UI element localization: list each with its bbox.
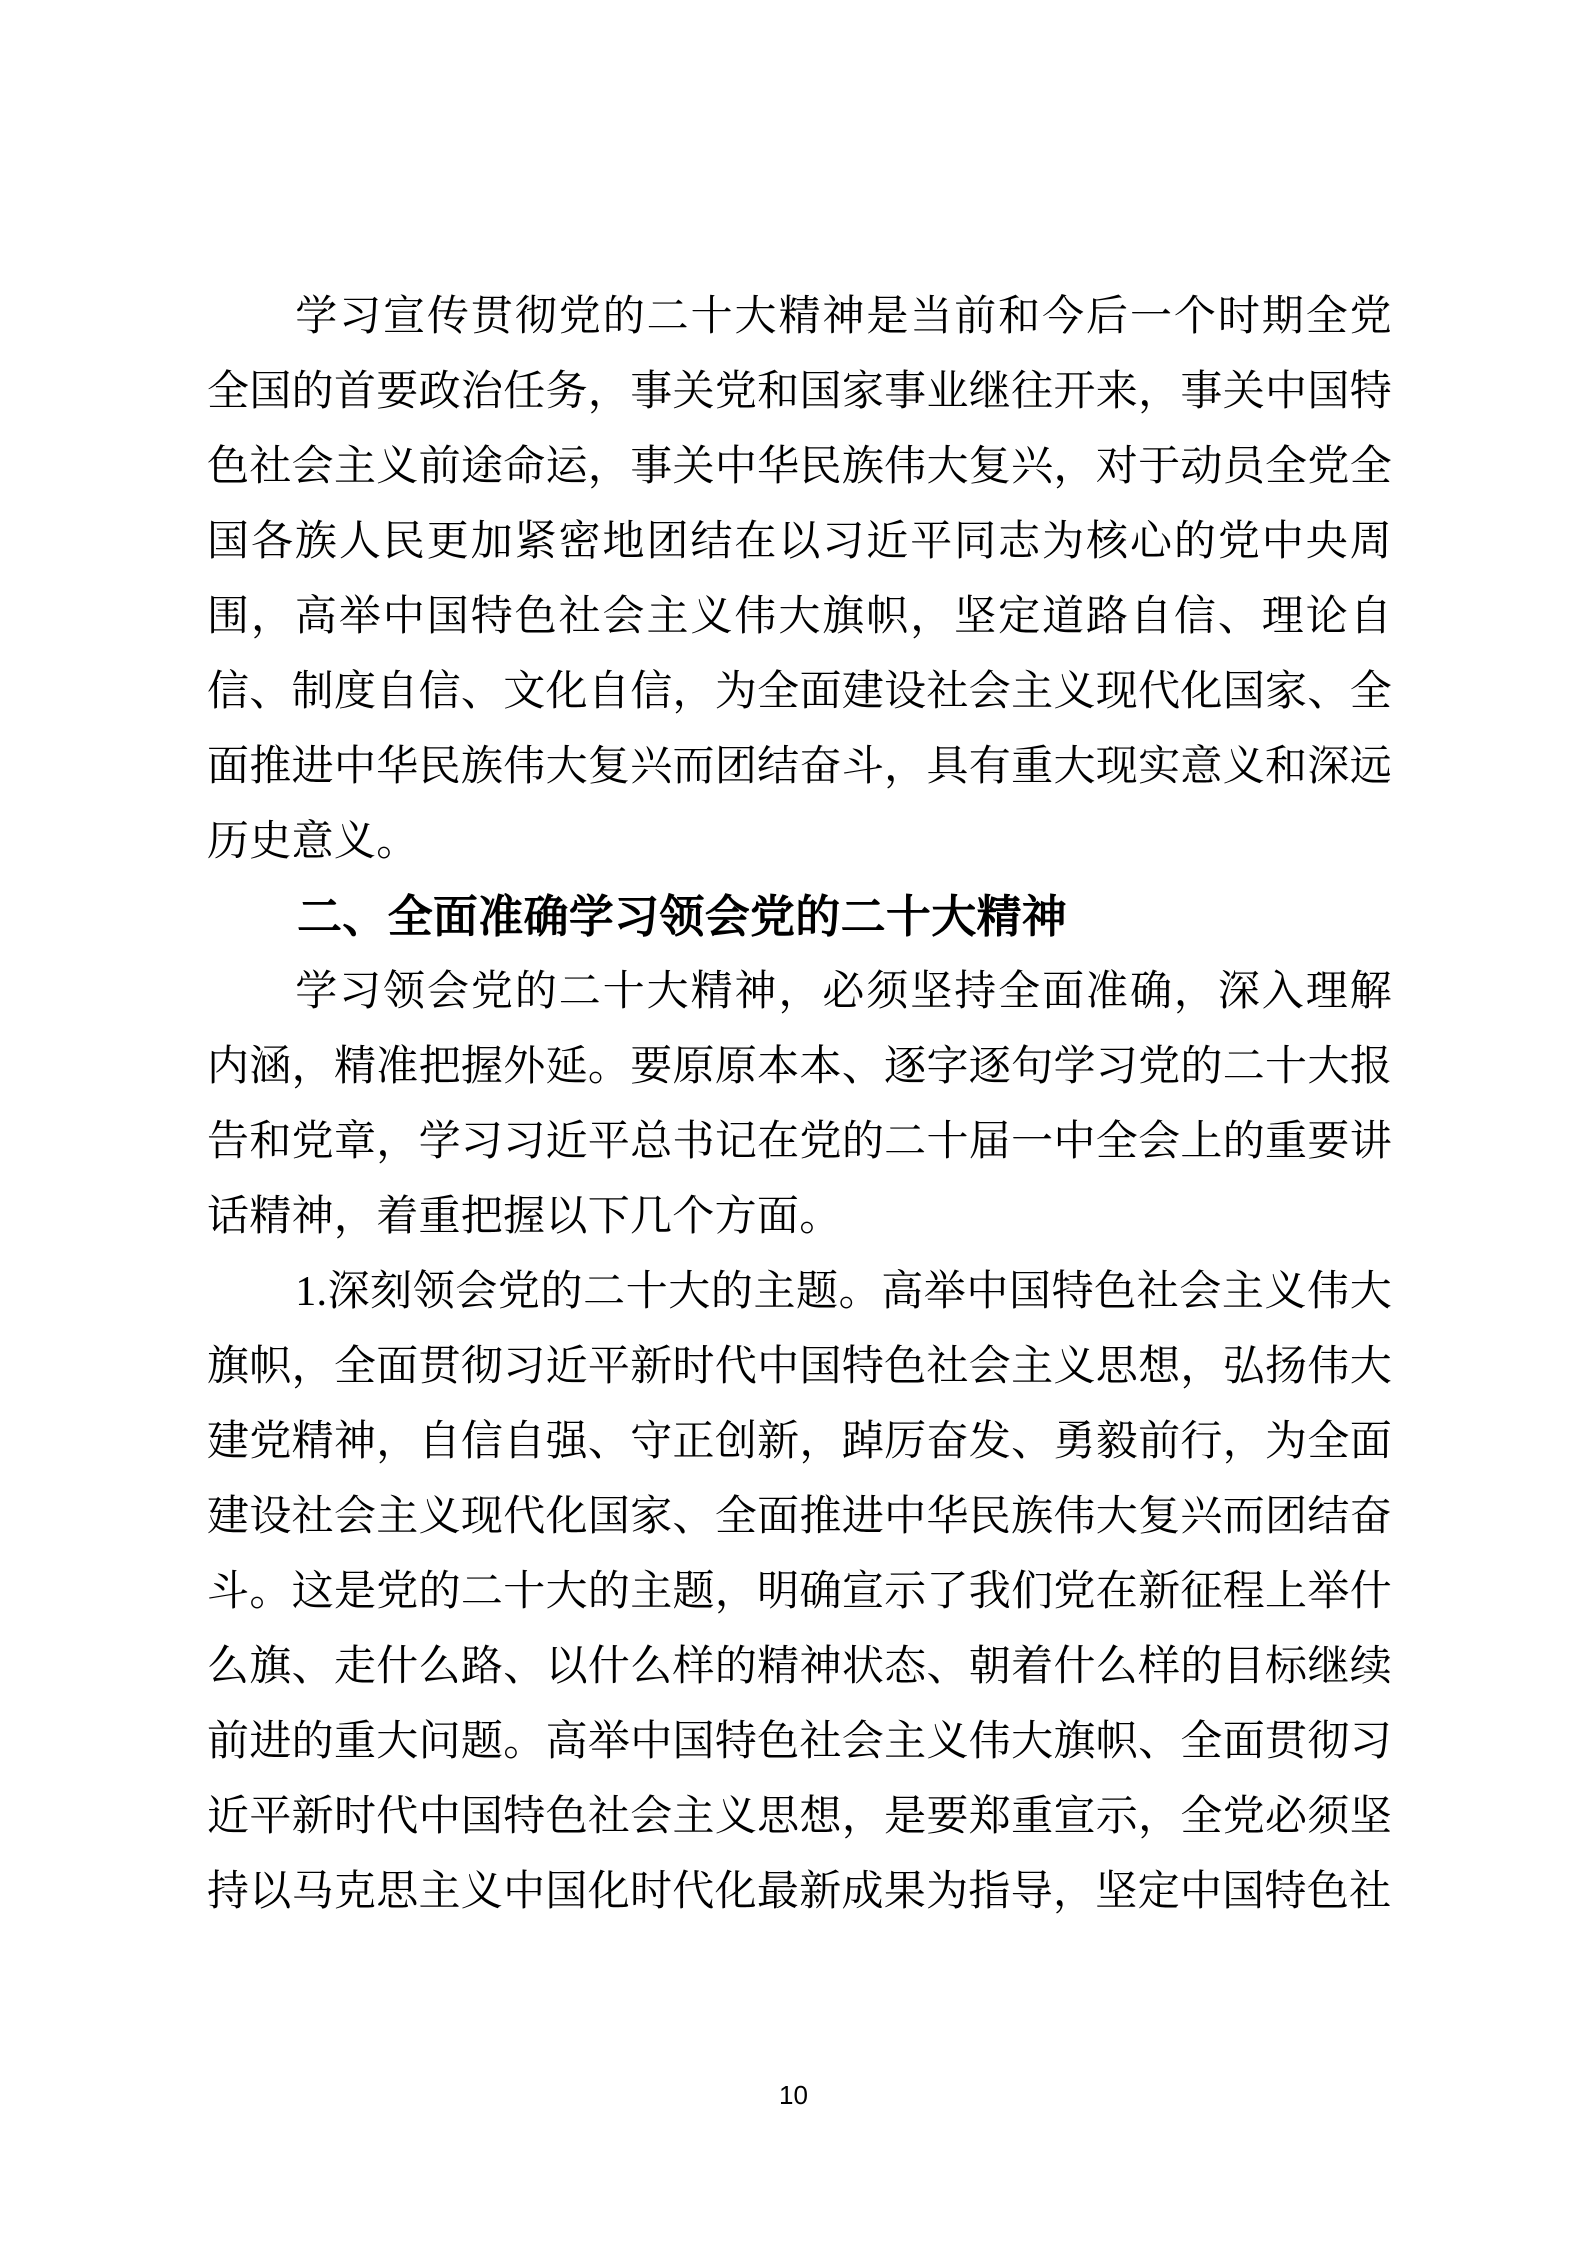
- document-page: 学习宣传贯彻党的二十大精神是当前和今后一个时期全党全国的首要政治任务，事关党和国…: [0, 0, 1587, 2245]
- page-number: 10: [0, 2082, 1587, 2108]
- paragraph-study-guidance: 学习领会党的二十大精神，必须坚持全面准确，深入理解内涵，精准把握外延。要原原本本…: [207, 955, 1392, 1255]
- paragraph-significance: 学习宣传贯彻党的二十大精神是当前和今后一个时期全党全国的首要政治任务，事关党和国…: [207, 280, 1392, 880]
- section-heading: 二、全面准确学习领会党的二十大精神: [207, 880, 1392, 955]
- document-body: 学习宣传贯彻党的二十大精神是当前和今后一个时期全党全国的首要政治任务，事关党和国…: [207, 280, 1392, 1930]
- paragraph-item-1-theme: 1.深刻领会党的二十大的主题。高举中国特色社会主义伟大旗帜，全面贯彻习近平新时代…: [207, 1255, 1392, 1930]
